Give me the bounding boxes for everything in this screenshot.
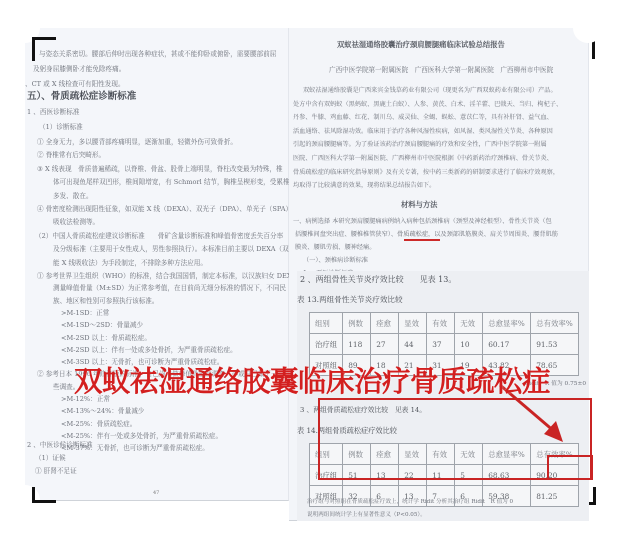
overlay-headline: 双蚁祛湿通络胶囊临床治疗骨质疏松症 <box>74 359 550 400</box>
arrow-icon <box>0 0 630 547</box>
